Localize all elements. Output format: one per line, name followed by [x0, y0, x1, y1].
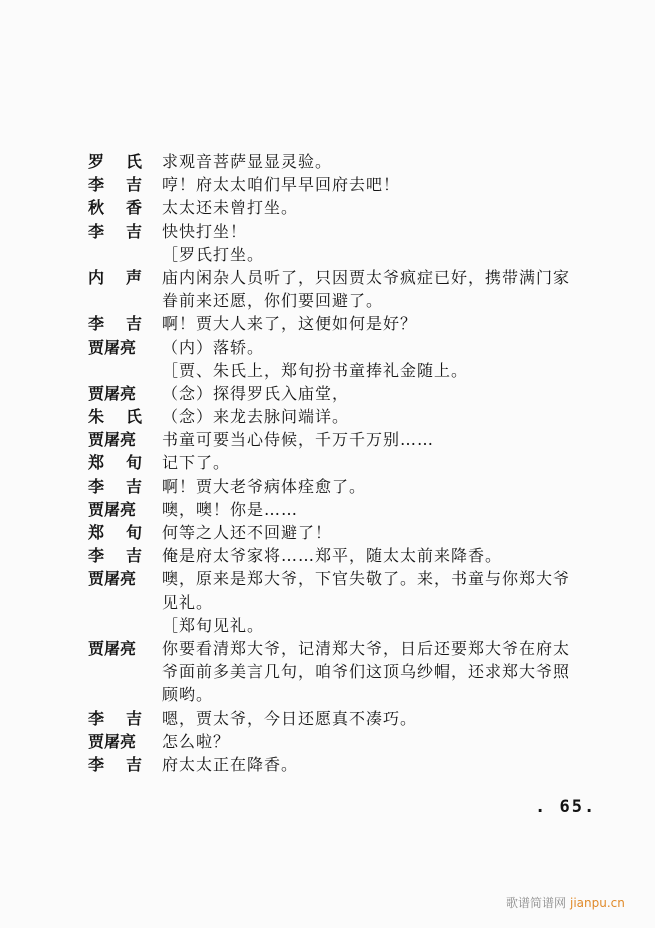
dialogue-line: 贾屠亮书童可要当心侍候，千万千万别……	[88, 428, 628, 451]
line-text: 见礼。	[162, 591, 213, 614]
speaker-name: 贾屠亮	[88, 637, 154, 660]
line-text: 何等之人还不回避了！	[162, 521, 332, 544]
speaker-name: 李吉	[88, 707, 154, 730]
dialogue-line: 贾屠亮你要看清郑大爷，记清郑大爷，日后还要郑大爷在府太	[88, 637, 628, 660]
speaker-name: 贾屠亮	[88, 336, 154, 359]
dialogue-line: 李吉府太太正在降香。	[88, 753, 628, 776]
dialogue-line: 李吉哼！府太太咱们早早回府去吧！	[88, 173, 628, 196]
line-text: （念）探得罗氏入庙堂，	[162, 382, 349, 405]
dialogue-line: 李吉啊！贾大人来了，这便如何是好？	[88, 312, 628, 335]
line-text: 府太太正在降香。	[162, 753, 298, 776]
line-text: ［贾、朱氏上，郑旬扮书童捧礼金随上。	[162, 359, 468, 382]
line-text: 啊！贾大老爷病体痊愈了。	[162, 475, 366, 498]
speaker-name: 郑旬	[88, 451, 154, 474]
line-text: 俺是府太爷家将……郑平，随太太前来降香。	[162, 544, 502, 567]
line-text: 记下了。	[162, 451, 230, 474]
line-text: 怎么啦？	[162, 730, 230, 753]
speaker-name: 朱氏	[88, 405, 154, 428]
dialogue-line: 秋香太太还未曾打坐。	[88, 196, 628, 219]
line-text: 噢，噢！你是……	[162, 498, 298, 521]
speaker-name: 贾屠亮	[88, 382, 154, 405]
dialogue-line: 贾屠亮噢，噢！你是……	[88, 498, 628, 521]
speaker-name: 贾屠亮	[88, 567, 154, 590]
speaker-name: 贾屠亮	[88, 428, 154, 451]
dialogue-continuation: 见礼。	[88, 591, 628, 614]
dialogue-line: 朱氏（念）来龙去脉问端详。	[88, 405, 628, 428]
watermark-cn: 歌谱简谱网	[506, 896, 566, 910]
dialogue-line: 郑旬记下了。	[88, 451, 628, 474]
dialogue-line: 李吉快快打坐！	[88, 220, 628, 243]
speaker-name: 李吉	[88, 475, 154, 498]
dialogue-line: 罗氏求观音菩萨显显灵验。	[88, 150, 628, 173]
watermark: 歌谱简谱网jianpu.cn	[506, 894, 625, 911]
speaker-name: 李吉	[88, 753, 154, 776]
dialogue-line: 郑旬何等之人还不回避了！	[88, 521, 628, 544]
page-number: . 65.	[535, 797, 596, 817]
watermark-url: jianpu.cn	[570, 896, 625, 910]
speaker-name: 李吉	[88, 173, 154, 196]
line-text: 啊！贾大人来了，这便如何是好？	[162, 312, 417, 335]
line-text: （内）落轿。	[162, 336, 264, 359]
speaker-name: 贾屠亮	[88, 730, 154, 753]
speaker-name: 李吉	[88, 312, 154, 335]
dialogue-continuation: 眷前来还愿，你们要回避了。	[88, 289, 628, 312]
dialogue-line: 内声庙内闲杂人员听了，只因贾太爷疯症已好，携带满门家	[88, 266, 628, 289]
line-text: 太太还未曾打坐。	[162, 196, 298, 219]
dialogue-line: 贾屠亮（念）探得罗氏入庙堂，	[88, 382, 628, 405]
dialogue-continuation: 顾哟。	[88, 683, 628, 706]
speaker-name: 贾屠亮	[88, 498, 154, 521]
stage-direction: ［罗氏打坐。	[88, 243, 628, 266]
dialogue-line: 贾屠亮（内）落轿。	[88, 336, 628, 359]
line-text: （念）来龙去脉问端详。	[162, 405, 349, 428]
line-text: ［郑旬见礼。	[162, 614, 264, 637]
dialogue-line: 贾屠亮噢，原来是郑大爷，下官失敬了。来，书童与你郑大爷	[88, 567, 628, 590]
speaker-name: 李吉	[88, 220, 154, 243]
dialogue-line: 李吉嗯，贾太爷，今日还愿真不凑巧。	[88, 707, 628, 730]
speaker-name: 李吉	[88, 544, 154, 567]
line-text: 求观音菩萨显显灵验。	[162, 150, 332, 173]
line-text: 爷面前多美言几句，咱爷们这顶乌纱帽，还求郑大爷照	[162, 660, 570, 683]
speaker-name: 罗氏	[88, 150, 154, 173]
stage-direction: ［郑旬见礼。	[88, 614, 628, 637]
speaker-name: 秋香	[88, 196, 154, 219]
line-text: 庙内闲杂人员听了，只因贾太爷疯症已好，携带满门家	[162, 266, 570, 289]
line-text: 顾哟。	[162, 683, 213, 706]
scanned-page: 罗氏求观音菩萨显显灵验。李吉哼！府太太咱们早早回府去吧！秋香太太还未曾打坐。李吉…	[0, 0, 655, 928]
speaker-name: 郑旬	[88, 521, 154, 544]
script-body: 罗氏求观音菩萨显显灵验。李吉哼！府太太咱们早早回府去吧！秋香太太还未曾打坐。李吉…	[88, 150, 628, 776]
line-text: 快快打坐！	[162, 220, 247, 243]
line-text: 你要看清郑大爷，记清郑大爷，日后还要郑大爷在府太	[162, 637, 570, 660]
speaker-name: 内声	[88, 266, 154, 289]
line-text: 哼！府太太咱们早早回府去吧！	[162, 173, 400, 196]
line-text: 嗯，贾太爷，今日还愿真不凑巧。	[162, 707, 417, 730]
stage-direction: ［贾、朱氏上，郑旬扮书童捧礼金随上。	[88, 359, 628, 382]
line-text: 眷前来还愿，你们要回避了。	[162, 289, 383, 312]
line-text: 书童可要当心侍候，千万千万别……	[162, 428, 434, 451]
dialogue-line: 李吉俺是府太爷家将……郑平，随太太前来降香。	[88, 544, 628, 567]
dialogue-line: 贾屠亮怎么啦？	[88, 730, 628, 753]
line-text: 噢，原来是郑大爷，下官失敬了。来，书童与你郑大爷	[162, 567, 570, 590]
line-text: ［罗氏打坐。	[162, 243, 264, 266]
dialogue-continuation: 爷面前多美言几句，咱爷们这顶乌纱帽，还求郑大爷照	[88, 660, 628, 683]
dialogue-line: 李吉啊！贾大老爷病体痊愈了。	[88, 475, 628, 498]
